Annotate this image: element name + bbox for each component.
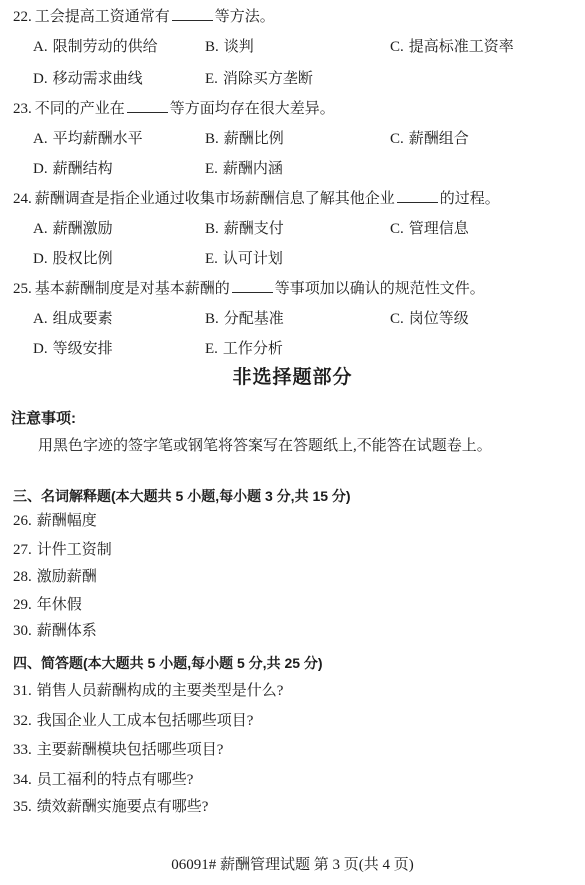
question-22-blank bbox=[172, 8, 213, 21]
question-28-number: 28. bbox=[13, 569, 32, 585]
question-34-number: 34. bbox=[13, 772, 32, 788]
question-31-text: 销售人员薪酬构成的主要类型是什么? bbox=[37, 683, 284, 699]
option-22-d-text: 移动需求曲线 bbox=[53, 71, 143, 87]
option-22-e: E.消除买方垄断 bbox=[205, 70, 313, 89]
question-22-text-pre: 工会提高工资通常有 bbox=[35, 9, 170, 25]
question-22-text-post: 等方法。 bbox=[215, 9, 275, 25]
option-25-a-label: A. bbox=[33, 311, 48, 327]
question-22-stem: 22.工会提高工资通常有等方法。 bbox=[13, 8, 275, 27]
question-27-number: 27. bbox=[13, 542, 32, 558]
exam-page: 22.工会提高工资通常有等方法。 A.限制劳动的供给 B.谈判 C.提高标准工资… bbox=[0, 0, 585, 885]
non-choice-section-title: 非选择题部分 bbox=[0, 368, 585, 387]
question-24-options-row1: A.薪酬激励 B.薪酬支付 C.管理信息 bbox=[0, 220, 585, 239]
option-22-d-label: D. bbox=[33, 71, 48, 87]
option-24-a-label: A. bbox=[33, 221, 48, 237]
question-28-text: 激励薪酬 bbox=[37, 569, 97, 585]
option-23-b: B.薪酬比例 bbox=[205, 130, 284, 149]
question-25-options-row2: D.等级安排 E.工作分析 bbox=[0, 340, 585, 359]
option-23-a-label: A. bbox=[33, 131, 48, 147]
question-32-number: 32. bbox=[13, 713, 32, 729]
option-23-b-text: 薪酬比例 bbox=[224, 131, 284, 147]
option-24-d-text: 股权比例 bbox=[53, 251, 113, 267]
option-25-c-label: C. bbox=[390, 311, 404, 327]
question-31: 31.销售人员薪酬构成的主要类型是什么? bbox=[13, 682, 283, 701]
option-25-a: A.组成要素 bbox=[33, 310, 113, 329]
option-25-b: B.分配基准 bbox=[205, 310, 284, 329]
option-23-d: D.薪酬结构 bbox=[33, 160, 113, 179]
question-34-text: 员工福利的特点有哪些? bbox=[37, 772, 194, 788]
option-24-b: B.薪酬支付 bbox=[205, 220, 284, 239]
section-four-heading: 四、简答题(本大题共 5 小题,每小题 5 分,共 25 分) bbox=[13, 654, 323, 673]
option-24-b-text: 薪酬支付 bbox=[224, 221, 284, 237]
option-22-a: A.限制劳动的供给 bbox=[33, 38, 158, 57]
option-25-d-text: 等级安排 bbox=[53, 341, 113, 357]
option-24-e-label: E. bbox=[205, 251, 218, 267]
option-22-b-label: B. bbox=[205, 39, 219, 55]
option-22-b: B.谈判 bbox=[205, 38, 254, 57]
option-23-b-label: B. bbox=[205, 131, 219, 147]
option-22-e-label: E. bbox=[205, 71, 218, 87]
option-23-c-label: C. bbox=[390, 131, 404, 147]
question-30: 30.薪酬体系 bbox=[13, 622, 97, 641]
option-23-e-text: 薪酬内涵 bbox=[223, 161, 283, 177]
option-23-a-text: 平均薪酬水平 bbox=[53, 131, 143, 147]
question-22-options-row1: A.限制劳动的供给 B.谈判 C.提高标准工资率 bbox=[0, 38, 585, 57]
option-25-c-text: 岗位等级 bbox=[409, 311, 469, 327]
question-31-number: 31. bbox=[13, 683, 32, 699]
option-25-e: E.工作分析 bbox=[205, 340, 283, 359]
question-25-blank bbox=[232, 280, 273, 293]
question-24-blank bbox=[397, 190, 438, 203]
question-27: 27.计件工资制 bbox=[13, 541, 112, 560]
option-23-d-text: 薪酬结构 bbox=[53, 161, 113, 177]
question-33: 33.主要薪酬模块包括哪些项目? bbox=[13, 741, 223, 760]
option-24-c-label: C. bbox=[390, 221, 404, 237]
question-25-text-post: 等事项加以确认的规范性文件。 bbox=[275, 281, 485, 297]
option-25-d: D.等级安排 bbox=[33, 340, 113, 359]
option-23-c-text: 薪酬组合 bbox=[409, 131, 469, 147]
question-29: 29.年休假 bbox=[13, 596, 82, 615]
question-23-options-row2: D.薪酬结构 E.薪酬内涵 bbox=[0, 160, 585, 179]
question-33-number: 33. bbox=[13, 742, 32, 758]
option-24-a-text: 薪酬激励 bbox=[53, 221, 113, 237]
option-22-e-text: 消除买方垄断 bbox=[223, 71, 313, 87]
option-25-d-label: D. bbox=[33, 341, 48, 357]
option-24-d-label: D. bbox=[33, 251, 48, 267]
question-24-stem: 24.薪酬调查是指企业通过收集市场薪酬信息了解其他企业的过程。 bbox=[13, 190, 500, 209]
option-24-b-label: B. bbox=[205, 221, 219, 237]
question-35-number: 35. bbox=[13, 799, 32, 815]
question-23-text-post: 等方面均存在很大差异。 bbox=[170, 101, 335, 117]
question-32-text: 我国企业人工成本包括哪些项目? bbox=[37, 713, 254, 729]
option-24-a: A.薪酬激励 bbox=[33, 220, 113, 239]
option-25-b-label: B. bbox=[205, 311, 219, 327]
section-three-heading: 三、名词解释题(本大题共 5 小题,每小题 3 分,共 15 分) bbox=[13, 487, 351, 506]
question-28: 28.激励薪酬 bbox=[13, 568, 97, 587]
question-25-options-row1: A.组成要素 B.分配基准 C.岗位等级 bbox=[0, 310, 585, 329]
question-22-options-row2: D.移动需求曲线 E.消除买方垄断 bbox=[0, 70, 585, 89]
question-33-text: 主要薪酬模块包括哪些项目? bbox=[37, 742, 224, 758]
option-23-c: C.薪酬组合 bbox=[390, 130, 469, 149]
question-25-text-pre: 基本薪酬制度是对基本薪酬的 bbox=[35, 281, 230, 297]
page-footer: 06091# 薪酬管理试题 第 3 页(共 4 页) bbox=[0, 856, 585, 875]
option-23-a: A.平均薪酬水平 bbox=[33, 130, 143, 149]
option-24-e: E.认可计划 bbox=[205, 250, 283, 269]
option-25-c: C.岗位等级 bbox=[390, 310, 469, 329]
question-30-text: 薪酬体系 bbox=[37, 623, 97, 639]
question-24-options-row2: D.股权比例 E.认可计划 bbox=[0, 250, 585, 269]
question-26: 26.薪酬幅度 bbox=[13, 512, 97, 531]
question-23-options-row1: A.平均薪酬水平 B.薪酬比例 C.薪酬组合 bbox=[0, 130, 585, 149]
question-24-number: 24. bbox=[13, 191, 32, 207]
option-22-a-label: A. bbox=[33, 39, 48, 55]
option-22-b-text: 谈判 bbox=[224, 39, 254, 55]
option-25-a-text: 组成要素 bbox=[53, 311, 113, 327]
question-26-text: 薪酬幅度 bbox=[37, 513, 97, 529]
option-23-e-label: E. bbox=[205, 161, 218, 177]
question-23-number: 23. bbox=[13, 101, 32, 117]
option-24-c-text: 管理信息 bbox=[409, 221, 469, 237]
option-25-b-text: 分配基准 bbox=[224, 311, 284, 327]
question-29-text: 年休假 bbox=[37, 597, 82, 613]
question-27-text: 计件工资制 bbox=[37, 542, 112, 558]
question-23-blank bbox=[127, 100, 168, 113]
question-35: 35.绩效薪酬实施要点有哪些? bbox=[13, 798, 208, 817]
question-25-number: 25. bbox=[13, 281, 32, 297]
question-30-number: 30. bbox=[13, 623, 32, 639]
question-35-text: 绩效薪酬实施要点有哪些? bbox=[37, 799, 209, 815]
option-22-c-text: 提高标准工资率 bbox=[409, 39, 514, 55]
question-25-stem: 25.基本薪酬制度是对基本薪酬的等事项加以确认的规范性文件。 bbox=[13, 280, 485, 299]
question-23-stem: 23.不同的产业在等方面均存在很大差异。 bbox=[13, 100, 335, 119]
option-23-d-label: D. bbox=[33, 161, 48, 177]
option-22-d: D.移动需求曲线 bbox=[33, 70, 143, 89]
notice-heading: 注意事项: bbox=[11, 409, 76, 428]
question-34: 34.员工福利的特点有哪些? bbox=[13, 771, 193, 790]
option-25-e-label: E. bbox=[205, 341, 218, 357]
option-24-c: C.管理信息 bbox=[390, 220, 469, 239]
question-24-text-pre: 薪酬调查是指企业通过收集市场薪酬信息了解其他企业 bbox=[35, 191, 395, 207]
option-22-a-text: 限制劳动的供给 bbox=[53, 39, 158, 55]
notice-body: 用黑色字迹的签字笔或钢笔将答案写在答题纸上,不能答在试题卷上。 bbox=[38, 437, 492, 456]
option-25-e-text: 工作分析 bbox=[223, 341, 283, 357]
question-22-number: 22. bbox=[13, 9, 32, 25]
question-23-text-pre: 不同的产业在 bbox=[35, 101, 125, 117]
question-29-number: 29. bbox=[13, 597, 32, 613]
option-24-d: D.股权比例 bbox=[33, 250, 113, 269]
question-26-number: 26. bbox=[13, 513, 32, 529]
option-24-e-text: 认可计划 bbox=[223, 251, 283, 267]
option-22-c-label: C. bbox=[390, 39, 404, 55]
question-24-text-post: 的过程。 bbox=[440, 191, 500, 207]
option-22-c: C.提高标准工资率 bbox=[390, 38, 514, 57]
option-23-e: E.薪酬内涵 bbox=[205, 160, 283, 179]
question-32: 32.我国企业人工成本包括哪些项目? bbox=[13, 712, 253, 731]
